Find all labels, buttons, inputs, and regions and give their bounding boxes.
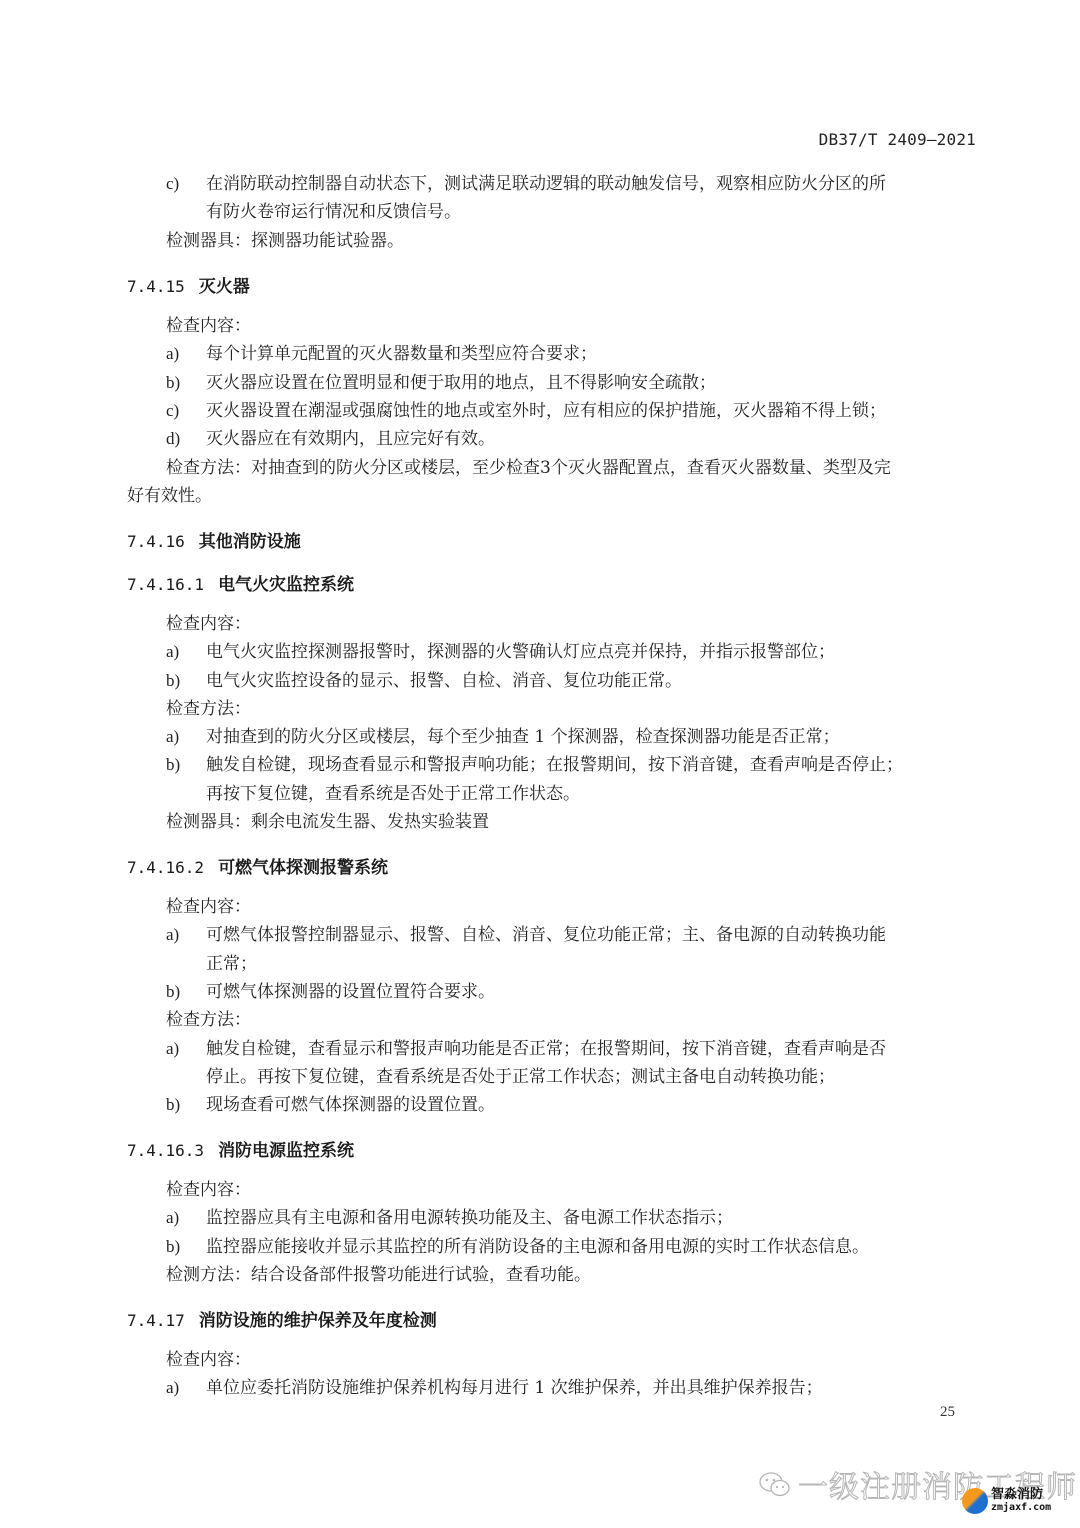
section-number: 7.4.16.1 [127, 575, 204, 594]
section-title: 其他消防设施 [199, 532, 301, 552]
list-item: c)在消防联动控制器自动状态下，测试满足联动逻辑的联动触发信号，观察相应防火分区… [166, 172, 886, 196]
section-title: 电气火灾监控系统 [218, 575, 354, 595]
list-item-text: 单位应委托消防设施维护保养机构每月进行 1 次维护保养，并出具维护保养报告； [206, 1378, 823, 1398]
list-item-label: c) [166, 399, 206, 423]
list-item: b)灭火器应设置在位置明显和便于取用的地点，且不得影响安全疏散； [166, 371, 716, 395]
list-item: a)电气火灾监控探测器报警时，探测器的火警确认灯应点亮并保持，并指示报警部位； [166, 640, 835, 664]
list-item-label: b) [166, 980, 206, 1004]
paragraph: 检查内容： [166, 895, 251, 919]
list-item-text: 现场查看可燃气体探测器的设置位置。 [206, 1095, 495, 1115]
paragraph: 检查内容： [166, 1178, 251, 1202]
paragraph: 检查方法： [166, 1008, 251, 1032]
section-heading: 7.4.17消防设施的维护保养及年度检测 [127, 1306, 437, 1331]
section-title: 灭火器 [199, 277, 250, 297]
list-item-text: 灭火器设置在潮湿或强腐蚀性的地点或室外时，应有相应的保护措施，灭火器箱不得上锁； [206, 401, 886, 421]
section-title: 消防设施的维护保养及年度检测 [199, 1311, 437, 1331]
list-item-continuation: 停止。再按下复位键，查看系统是否处于正常工作状态；测试主备电自动转换功能； [206, 1065, 835, 1089]
paragraph: 好有效性。 [127, 484, 212, 508]
list-item-label: b) [166, 669, 206, 693]
paragraph: 检查内容： [166, 612, 251, 636]
list-item: b)电气火灾监控设备的显示、报警、自检、消音、复位功能正常。 [166, 669, 682, 693]
section-title: 消防电源监控系统 [218, 1141, 354, 1161]
list-item-label: b) [166, 753, 206, 777]
section-number: 7.4.15 [127, 277, 185, 296]
list-item-continuation: 有防火卷帘运行情况和反馈信号。 [206, 200, 461, 224]
section-heading: 7.4.16其他消防设施 [127, 527, 301, 552]
paragraph: 检查内容： [166, 314, 251, 338]
paragraph: 检查方法： [166, 697, 251, 721]
list-item-text: 可燃气体报警控制器显示、报警、自检、消音、复位功能正常；主、备电源的自动转换功能 [206, 925, 886, 945]
list-item-continuation: 再按下复位键，查看系统是否处于正常工作状态。 [206, 782, 580, 806]
section-number: 7.4.16 [127, 532, 185, 551]
list-item-label: a) [166, 1206, 206, 1230]
section-number: 7.4.16.3 [127, 1141, 204, 1160]
list-item-label: a) [166, 923, 206, 947]
logo-name: 智淼消防 [991, 1488, 1051, 1501]
list-item-text: 灭火器应在有效期内，且应完好有效。 [206, 429, 495, 449]
list-item-label: a) [166, 1376, 206, 1400]
list-item: a)每个计算单元配置的灭火器数量和类型应符合要求； [166, 342, 597, 366]
list-item: b)可燃气体探测器的设置位置符合要求。 [166, 980, 495, 1004]
list-item-continuation: 正常； [206, 952, 257, 976]
list-item-text: 电气火灾监控设备的显示、报警、自检、消音、复位功能正常。 [206, 671, 682, 691]
paragraph: 检测器具：探测器功能试验器。 [166, 229, 404, 253]
logo-mark-icon [962, 1488, 988, 1514]
list-item-label: a) [166, 640, 206, 664]
section-number: 7.4.17 [127, 1311, 185, 1330]
list-item-text: 对抽查到的防火分区或楼层，每个至少抽查 1 个探测器，检查探测器功能是否正常； [206, 727, 840, 747]
list-item-text: 电气火灾监控探测器报警时，探测器的火警确认灯应点亮并保持，并指示报警部位； [206, 642, 835, 662]
list-item: c)灭火器设置在潮湿或强腐蚀性的地点或室外时，应有相应的保护措施，灭火器箱不得上… [166, 399, 886, 423]
section-heading: 7.4.15灭火器 [127, 272, 250, 297]
list-item-label: a) [166, 1037, 206, 1061]
wechat-icon [758, 1471, 792, 1507]
section-heading: 7.4.16.3消防电源监控系统 [127, 1136, 354, 1161]
list-item: d)灭火器应在有效期内，且应完好有效。 [166, 427, 495, 451]
list-item: a)监控器应具有主电源和备用电源转换功能及主、备电源工作状态指示； [166, 1206, 733, 1230]
list-item: b)现场查看可燃气体探测器的设置位置。 [166, 1093, 495, 1117]
list-item-text: 监控器应能接收并显示其监控的所有消防设备的主电源和备用电源的实时工作状态信息。 [206, 1237, 869, 1257]
list-item-label: b) [166, 371, 206, 395]
list-item: a)对抽查到的防火分区或楼层，每个至少抽查 1 个探测器，检查探测器功能是否正常… [166, 725, 840, 749]
section-heading: 7.4.16.2可燃气体探测报警系统 [127, 853, 388, 878]
list-item: a)触发自检键，查看显示和警报声响功能是否正常；在报警期间，按下消音键，查看声响… [166, 1037, 886, 1061]
list-item-label: c) [166, 172, 206, 196]
brand-logo: 智淼消防 zmjaxf.com [962, 1488, 1051, 1514]
list-item: b)触发自检键，现场查看显示和警报声响功能；在报警期间，按下消音键，查看声响是否… [166, 753, 903, 777]
paragraph: 检测方法：结合设备部件报警功能进行试验，查看功能。 [166, 1263, 591, 1287]
paragraph: 检测器具：剩余电流发生器、发热实验装置 [166, 810, 489, 834]
list-item-text: 监控器应具有主电源和备用电源转换功能及主、备电源工作状态指示； [206, 1208, 733, 1228]
section-number: 7.4.16.2 [127, 858, 204, 877]
list-item-text: 可燃气体探测器的设置位置符合要求。 [206, 982, 495, 1002]
list-item-label: b) [166, 1235, 206, 1259]
standard-code: DB37/T 2409—2021 [819, 130, 976, 149]
paragraph: 检查内容： [166, 1348, 251, 1372]
page-number: 25 [940, 1404, 955, 1421]
list-item-label: a) [166, 725, 206, 749]
logo-url: zmjaxf.com [991, 1501, 1051, 1514]
list-item-text: 触发自检键，现场查看显示和警报声响功能；在报警期间，按下消音键，查看声响是否停止… [206, 755, 903, 775]
list-item: a)单位应委托消防设施维护保养机构每月进行 1 次维护保养，并出具维护保养报告； [166, 1376, 823, 1400]
list-item-text: 每个计算单元配置的灭火器数量和类型应符合要求； [206, 344, 597, 364]
paragraph: 检查方法：对抽查到的防火分区或楼层，至少检查3个灭火器配置点，查看灭火器数量、类… [166, 456, 891, 480]
list-item-text: 触发自检键，查看显示和警报声响功能是否正常；在报警期间，按下消音键，查看声响是否 [206, 1039, 886, 1059]
list-item: a)可燃气体报警控制器显示、报警、自检、消音、复位功能正常；主、备电源的自动转换… [166, 923, 886, 947]
list-item-label: a) [166, 342, 206, 366]
list-item-label: b) [166, 1093, 206, 1117]
section-heading: 7.4.16.1电气火灾监控系统 [127, 570, 354, 595]
list-item: b)监控器应能接收并显示其监控的所有消防设备的主电源和备用电源的实时工作状态信息… [166, 1235, 869, 1259]
section-title: 可燃气体探测报警系统 [218, 858, 388, 878]
list-item-text: 在消防联动控制器自动状态下，测试满足联动逻辑的联动触发信号，观察相应防火分区的所 [206, 174, 886, 194]
list-item-text: 灭火器应设置在位置明显和便于取用的地点，且不得影响安全疏散； [206, 373, 716, 393]
list-item-label: d) [166, 427, 206, 451]
